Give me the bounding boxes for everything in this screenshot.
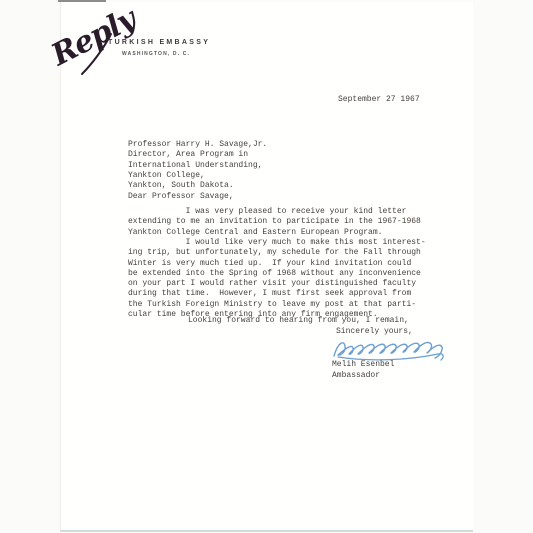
date-line: September 27 1967 xyxy=(338,95,420,105)
letterhead-location: WASHINGTON, D. C. xyxy=(122,51,190,57)
handwritten-signature xyxy=(330,334,450,362)
signer-title: Ambassador xyxy=(332,371,380,381)
body-paragraph-2: I would like very much to make this most… xyxy=(128,238,426,320)
salutation: Dear Professor Savage, xyxy=(128,192,234,202)
letter-scan: Reply TURKISH EMBASSY WASHINGTON, D. C. … xyxy=(0,0,533,533)
recipient-address-block: Professor Harry H. Savage,Jr. Director, … xyxy=(128,140,267,191)
paper-top-edge xyxy=(58,0,106,2)
closing-line: Looking forward to hearing from you, I r… xyxy=(188,316,409,326)
signer-name: Melih Esenbel xyxy=(332,360,394,370)
letterhead-organization: TURKISH EMBASSY xyxy=(108,39,210,46)
body-paragraph-1: I was very pleased to receive your kind … xyxy=(128,207,421,238)
